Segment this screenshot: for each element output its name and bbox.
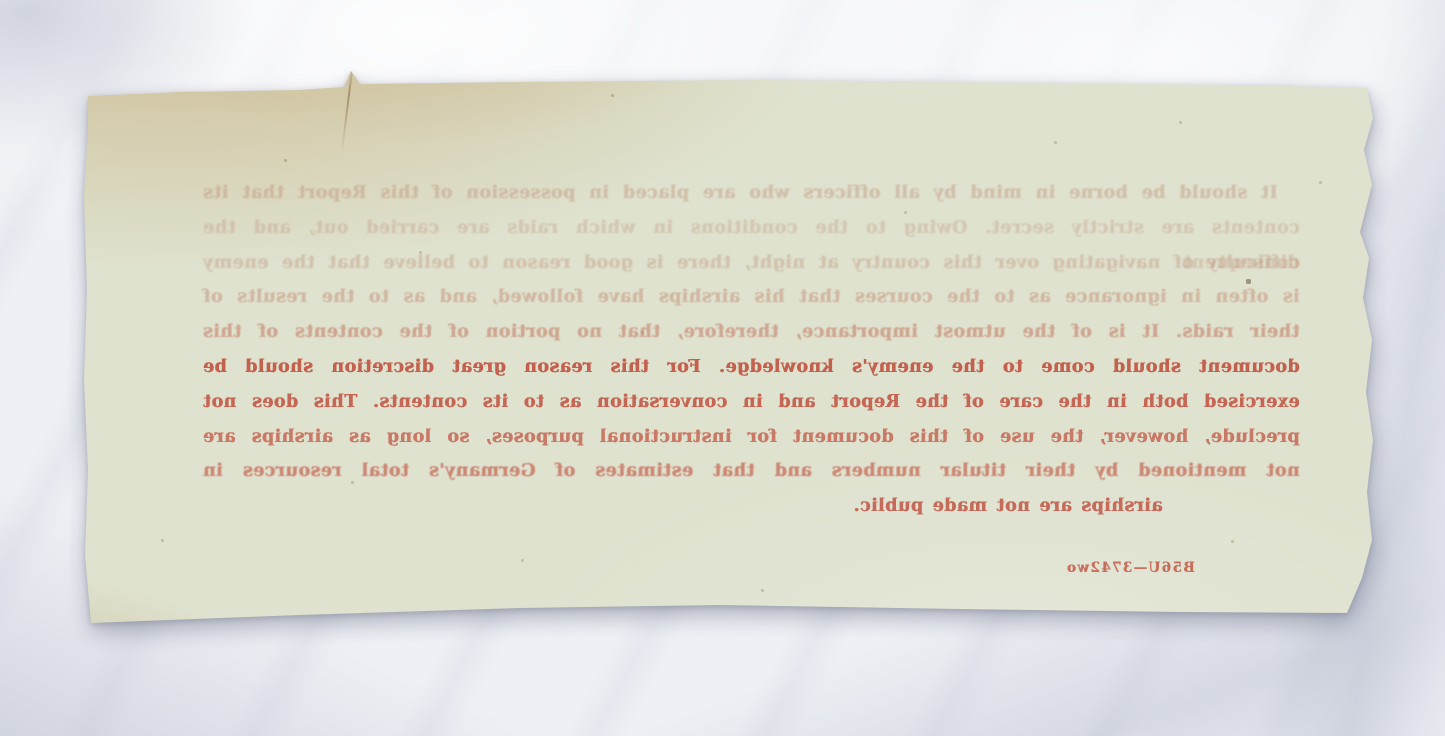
paper-sheet: It should be borne in mind by all office… (0, 0, 1445, 736)
document-line: contents are strictly secret. Owing to t… (203, 211, 1300, 246)
tear-crease (341, 70, 353, 154)
document-line: difficulty of navigating over this count… (203, 246, 1300, 281)
fabric-background: It should be borne in mind by all office… (0, 0, 1445, 736)
printer-code: B56U—3742wo (1066, 560, 1195, 576)
document-line: airships are not made public. (203, 489, 1163, 524)
paper-shadow-wrap: It should be borne in mind by all office… (0, 0, 1445, 736)
document-line: preclude, however, the use of this docum… (203, 420, 1300, 455)
document-line: not mentioned by their titular numbers a… (203, 454, 1300, 489)
document-line: is often in ignorance as to the courses … (203, 280, 1300, 315)
document-line: It should be borne in mind by all office… (203, 176, 1300, 211)
document-line: their raids. It is of the utmost importa… (203, 315, 1300, 350)
mirrored-document-text: It should be borne in mind by all office… (203, 176, 1300, 606)
paper-specks (0, 0, 1, 1)
document-line: document should come to the enemy's know… (203, 350, 1300, 385)
document-line: exercised both in the care of the Report… (203, 385, 1300, 420)
